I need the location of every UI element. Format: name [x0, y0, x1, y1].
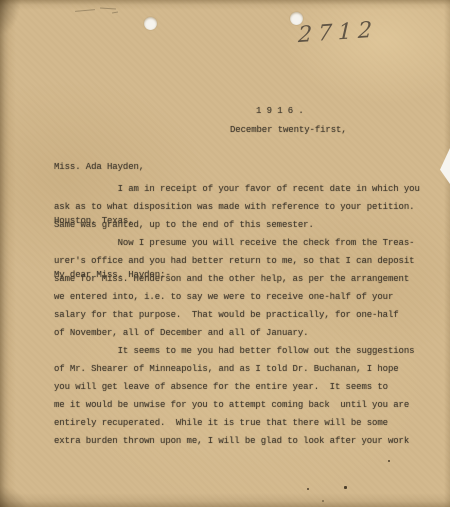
body-line: It seems to me you had better follow out…	[54, 342, 420, 360]
body-line: I am in receipt of your favor of recent …	[54, 180, 420, 198]
paper-speck	[388, 460, 390, 462]
body-line: you will get leave of absence for the en…	[54, 378, 420, 396]
body-line: Same was granted, up to the end of this …	[54, 216, 420, 234]
pencil-scribble	[112, 11, 118, 13]
body-line: salary for that purpose. That would be p…	[54, 306, 420, 324]
letter-body: I am in receipt of your favor of recent …	[54, 180, 420, 450]
handwritten-archival-number: 2712	[298, 17, 389, 48]
recipient-name: Miss. Ada Hayden,	[54, 158, 171, 176]
body-line: ask as to what disposition was made with…	[54, 198, 420, 216]
body-line: urer's office and you had better return …	[54, 252, 420, 270]
body-line: me it would be unwise for you to attempt…	[54, 396, 420, 414]
date-block: December twenty-first, 1 9 1 6 .	[230, 85, 347, 193]
pencil-scribble	[75, 9, 95, 12]
body-line: of November, all of December and all of …	[54, 324, 420, 342]
paper-speck	[307, 488, 309, 490]
body-line: same for Miss. Henderson and the other h…	[54, 270, 420, 288]
scanned-letter-page: 2712 December twenty-first, 1 9 1 6 . Mi…	[0, 0, 450, 507]
body-line: Now I presume you will receive the check…	[54, 234, 420, 252]
hole-punch-left	[144, 17, 157, 30]
date-line-2: 1 9 1 6 .	[256, 102, 304, 120]
body-line: of Mr. Shearer of Minneapolis, and as I …	[54, 360, 420, 378]
body-line: extra burden thrown upon me, I will be g…	[54, 432, 420, 450]
pencil-scribble	[100, 7, 116, 9]
paper-speck	[322, 500, 324, 502]
body-line: entirely recuperated. While it is true t…	[54, 414, 420, 432]
date-line-1: December twenty-first,	[230, 121, 347, 139]
paper-speck	[344, 486, 347, 489]
torn-edge-notch	[440, 148, 450, 184]
body-line: we entered into, i.e. to say we were to …	[54, 288, 420, 306]
